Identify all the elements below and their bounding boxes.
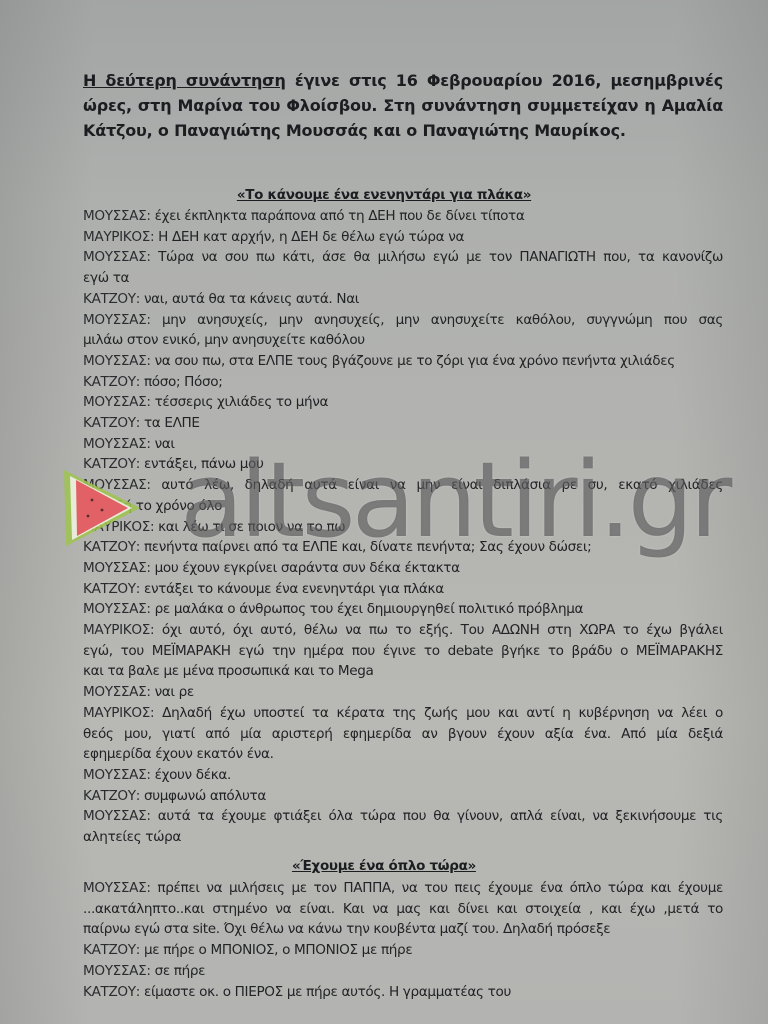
transcript-line: ΜΟΥΣΣΑΣ: Τώρα να σου πω κάτι, άσε θα μιλ… <box>83 247 723 268</box>
transcript-line: ΜΟΥΣΣΑΣ: αυτό λέω, δηλαδή αυτά είναι να … <box>83 475 723 496</box>
utterance-text: έχουν δέκα. <box>151 767 231 783</box>
speaker-name: ΜΟΥΣΣΑΣ: <box>83 684 151 700</box>
utterance-text: εντάξει το κάνουμε ένα ενενηντάρι για πλ… <box>140 581 444 597</box>
section-title-1: «Το κάνουμε ένα ενενηντάρι για πλάκα» <box>0 187 768 203</box>
utterance-text: εντάξει, πάνω μου <box>140 456 264 472</box>
speaker-name: ΚΑΤΖΟΥ: <box>83 539 140 555</box>
utterance-text: και λέω τι σε ποιον να το πω <box>154 519 345 535</box>
intro-paragraph: Η δεύτερη συνάντηση έγινε στις 16 Φεβρου… <box>83 68 723 143</box>
transcript-line: ΜΟΥΣΣΑΣ: αυτά τα έχουμε φτιάξει όλα τώρα… <box>83 806 723 827</box>
transcript-line: ΜΟΥΣΣΑΣ: έχουν δέκα. <box>83 765 723 786</box>
transcript-line-continuation: δηλαδή το χρόνο όλο <box>83 496 723 517</box>
utterance-text: ναι, αυτά θα τα κάνεις αυτά. Ναι <box>140 291 359 307</box>
utterance-text: ναι ρε <box>151 684 194 700</box>
utterance-text: μου έχουν εγκρίνει σαράντα συν δέκα έκτα… <box>151 560 460 576</box>
utterance-text: πρέπει να μιλήσεις με τον ΠΑΠΠΑ, να του … <box>151 880 723 896</box>
transcript-line: ΚΑΤΖΟΥ: πόσο; Πόσο; <box>83 372 723 393</box>
transcript-line: ΚΑΤΖΟΥ: είμαστε οκ. ο ΠΙΕΡΟΣ με πήρε αυτ… <box>83 982 723 1003</box>
utterance-text: πενήντα παίρνει από τα ΕΛΠΕ και, δίνατε … <box>140 539 591 555</box>
utterance-text: Τώρα να σου πω κάτι, άσε θα μιλήσω εγώ μ… <box>151 249 723 265</box>
speaker-name: ΚΑΤΖΟΥ: <box>83 788 140 804</box>
speaker-name: ΚΑΤΖΟΥ: <box>83 984 140 1000</box>
utterance-text: όχι αυτό, όχι αυτό, θέλω να πω το εξής. … <box>154 622 723 638</box>
speaker-name: ΜΟΥΣΣΑΣ: <box>83 208 151 224</box>
section-title-2: «Έχουμε ένα όπλο τώρα» <box>0 858 768 874</box>
speaker-name: ΜΟΥΣΣΑΣ: <box>83 436 151 452</box>
speaker-name: ΜΟΥΣΣΑΣ: <box>83 477 151 493</box>
speaker-name: ΜΑΥΡΙΚΟΣ: <box>83 705 154 721</box>
utterance-text: Η ΔΕΗ κατ αρχήν, η ΔΕΗ δε θέλω εγώ τώρα … <box>154 229 464 245</box>
utterance-text: αυτά τα έχουμε φτιάξει όλα τώρα που θα γ… <box>151 808 723 824</box>
transcript-line: ΜΟΥΣΣΑΣ: ναι ρε <box>83 682 723 703</box>
utterance-text: σε πήρε <box>151 963 206 979</box>
transcript-line: ΜΑΥΡΙΚΟΣ: όχι αυτό, όχι αυτό, θέλω να πω… <box>83 620 723 641</box>
transcript-line-continuation: εφημερίδα έχουν εκατόν ένα. <box>83 744 723 765</box>
transcript-section-2: ΜΟΥΣΣΑΣ: πρέπει να μιλήσεις με τον ΠΑΠΠΑ… <box>83 878 723 1002</box>
transcript-line: ΚΑΤΖΟΥ: πενήντα παίρνει από τα ΕΛΠΕ και,… <box>83 537 723 558</box>
transcript-line: ΜΟΥΣΣΑΣ: μου έχουν εγκρίνει σαράντα συν … <box>83 558 723 579</box>
utterance-text: να σου πω, στα ΕΛΠΕ τους βγάζουνε με το … <box>151 353 675 369</box>
transcript-line: ΜΟΥΣΣΑΣ: σε πήρε <box>83 961 723 982</box>
transcript-line: ΚΑΤΖΟΥ: τα ΕΛΠΕ <box>83 413 723 434</box>
speaker-name: ΚΑΤΖΟΥ: <box>83 456 140 472</box>
speaker-name: ΜΟΥΣΣΑΣ: <box>83 808 151 824</box>
transcript-line: ΜΟΥΣΣΑΣ: ναι <box>83 434 723 455</box>
transcript-line-continuation: και τα βαλε με μένα προσωπικά και το Meg… <box>83 661 723 682</box>
transcript-line: ΚΑΤΖΟΥ: εντάξει το κάνουμε ένα ενενηντάρ… <box>83 579 723 600</box>
transcript-line-continuation: αλητείες τώρα <box>83 827 723 848</box>
speaker-name: ΜΑΥΡΙΚΟΣ: <box>83 229 154 245</box>
transcript-section-1: ΜΟΥΣΣΑΣ: έχει έκπληκτα παράπονα από τη Δ… <box>83 206 723 848</box>
transcript-line: ΚΑΤΖΟΥ: με πήρε ο ΜΠΟΝΙΟΣ, ο ΜΠΟΝΙΟΣ με … <box>83 940 723 961</box>
speaker-name: ΜΟΥΣΣΑΣ: <box>83 249 151 265</box>
transcript-line: ΜΑΥΡΙΚΟΣ: και λέω τι σε ποιον να το πω <box>83 517 723 538</box>
speaker-name: ΜΟΥΣΣΑΣ: <box>83 353 151 369</box>
speaker-name: ΜΟΥΣΣΑΣ: <box>83 963 151 979</box>
speaker-name: ΚΑΤΖΟΥ: <box>83 291 140 307</box>
transcript-line: ΜΑΥΡΙΚΟΣ: Η ΔΕΗ κατ αρχήν, η ΔΕΗ δε θέλω… <box>83 227 723 248</box>
speaker-name: ΜΟΥΣΣΑΣ: <box>83 312 151 328</box>
transcript-line: ΜΟΥΣΣΑΣ: τέσσερις χιλιάδες το μήνα <box>83 392 723 413</box>
speaker-name: ΜΑΥΡΙΚΟΣ: <box>83 622 154 638</box>
transcript-line-continuation: μιλάω στον ενικό, μην ανησυχείτε καθόλου <box>83 330 723 351</box>
utterance-text: έχει έκπληκτα παράπονα από τη ΔΕΗ που δε… <box>151 208 525 224</box>
transcript-line-continuation: θεός μου, γιατί από μία αριστερή εφημερί… <box>83 724 723 745</box>
utterance-text: ναι <box>151 436 175 452</box>
speaker-name: ΜΟΥΣΣΑΣ: <box>83 394 151 410</box>
transcript-line: ΜΟΥΣΣΑΣ: έχει έκπληκτα παράπονα από τη Δ… <box>83 206 723 227</box>
utterance-text: αυτό λέω, δηλαδή αυτά είναι να μην είναι… <box>151 477 723 493</box>
speaker-name: ΜΟΥΣΣΑΣ: <box>83 767 151 783</box>
speaker-name: ΜΑΥΡΙΚΟΣ: <box>83 519 154 535</box>
utterance-text: είμαστε οκ. ο ΠΙΕΡΟΣ με πήρε αυτός. Η γρ… <box>140 984 511 1000</box>
transcript-line-continuation: εγώ τα <box>83 268 723 289</box>
transcript-line: ΜΟΥΣΣΑΣ: ρε μαλάκα ο άνθρωπος του έχει δ… <box>83 599 723 620</box>
utterance-text: συμφωνώ απόλυτα <box>140 788 266 804</box>
transcript-line: ΚΑΤΖΟΥ: συμφωνώ απόλυτα <box>83 786 723 807</box>
utterance-text: ρε μαλάκα ο άνθρωπος του έχει δημιουργηθ… <box>151 601 584 617</box>
transcript-line: ΜΟΥΣΣΑΣ: πρέπει να μιλήσεις με τον ΠΑΠΠΑ… <box>83 878 723 899</box>
speaker-name: ΜΟΥΣΣΑΣ: <box>83 880 151 896</box>
transcript-line-continuation: ...ακατάληπτο..και στημένο να είναι. Και… <box>83 899 723 920</box>
transcript-line-continuation: εγώ, του ΜΕΪΜΑΡΑΚΗ εγώ την ημέρα που έγι… <box>83 641 723 662</box>
speaker-name: ΜΟΥΣΣΑΣ: <box>83 601 151 617</box>
transcript-line: ΜΟΥΣΣΑΣ: μην ανησυχείς, μην ανησυχείς, μ… <box>83 310 723 331</box>
transcript-line: ΜΑΥΡΙΚΟΣ: Δηλαδή έχω υποστεί τα κέρατα τ… <box>83 703 723 724</box>
speaker-name: ΚΑΤΖΟΥ: <box>83 581 140 597</box>
utterance-text: μην ανησυχείς, μην ανησυχείς, μην ανησυχ… <box>151 312 723 328</box>
speaker-name: ΜΟΥΣΣΑΣ: <box>83 560 151 576</box>
speaker-name: ΚΑΤΖΟΥ: <box>83 942 140 958</box>
speaker-name: ΚΑΤΖΟΥ: <box>83 415 140 431</box>
utterance-text: με πήρε ο ΜΠΟΝΙΟΣ, ο ΜΠΟΝΙΟΣ με πήρε <box>140 942 412 958</box>
transcript-line: ΚΑΤΖΟΥ: ναι, αυτά θα τα κάνεις αυτά. Ναι <box>83 289 723 310</box>
utterance-text: τα ΕΛΠΕ <box>140 415 200 431</box>
transcript-line: ΚΑΤΖΟΥ: εντάξει, πάνω μου <box>83 454 723 475</box>
utterance-text: τέσσερις χιλιάδες το μήνα <box>151 394 329 410</box>
transcript-line-continuation: παίρνω εγώ στα site. Όχι θέλω να κάνω τη… <box>83 919 723 940</box>
utterance-text: πόσο; Πόσο; <box>140 374 223 390</box>
intro-underlined-heading: Η δεύτερη συνάντηση <box>83 71 286 90</box>
transcript-line: ΜΟΥΣΣΑΣ: να σου πω, στα ΕΛΠΕ τους βγάζου… <box>83 351 723 372</box>
utterance-text: Δηλαδή έχω υποστεί τα κέρατα της ζωής μο… <box>154 705 723 721</box>
speaker-name: ΚΑΤΖΟΥ: <box>83 374 140 390</box>
